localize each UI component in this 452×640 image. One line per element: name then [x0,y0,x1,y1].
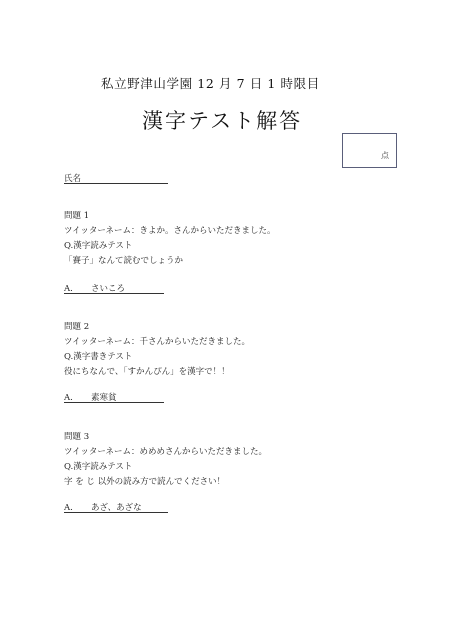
question-2: 問題 2 ツイッターネーム：千さんからいただきました。 Q.漢字書きテスト 役に… [64,320,250,380]
answer-3: A.あざ、あざな [64,503,168,513]
question-number: 問題 2 [64,320,250,335]
answer-prefix: A. [64,284,91,294]
question-3: 問題 3 ツイッターネーム：めめめさんからいただきました。 Q.漢字読みテスト … [64,430,267,490]
question-credit: ツイッターネーム：きよか。さんからいただきました。 [64,224,275,239]
question-credit: ツイッターネーム：千さんからいただきました。 [64,335,250,350]
answer-text: あざ、あざな [91,503,142,513]
question-number: 問題 1 [64,209,275,224]
question-prompt: 役にちなんで、「すかんぴん」を漢字で！！ [64,365,250,380]
name-field[interactable]: 氏名 [64,174,168,184]
page-title: 漢字テスト解答 [142,105,302,135]
question-type: Q.漢字読みテスト [64,460,267,475]
answer-1: A.さいころ [64,284,164,294]
question-credit: ツイッターネーム：めめめさんからいただきました。 [64,445,267,460]
question-prompt: 「賽子」なんて読むでしょうか [64,254,275,269]
question-type: Q.漢字書きテスト [64,350,250,365]
answer-prefix: A. [64,503,91,513]
score-box: 点 [342,133,397,168]
question-type: Q.漢字読みテスト [64,239,275,254]
answer-text: さいころ [91,284,125,294]
header-school-date-period: 私立野津山学園 12 月 7 日 1 時限目 [101,74,320,92]
answer-text: 素寒貧 [91,393,117,403]
answer-2: A.素寒貧 [64,393,164,403]
score-label: 点 [381,150,389,161]
answer-prefix: A. [64,393,91,403]
question-number: 問題 3 [64,430,267,445]
name-label: 氏名 [64,174,81,184]
question-prompt: 字 を じ 以外の読み方で読んでください！ [64,475,267,490]
question-1: 問題 1 ツイッターネーム：きよか。さんからいただきました。 Q.漢字読みテスト… [64,209,275,269]
